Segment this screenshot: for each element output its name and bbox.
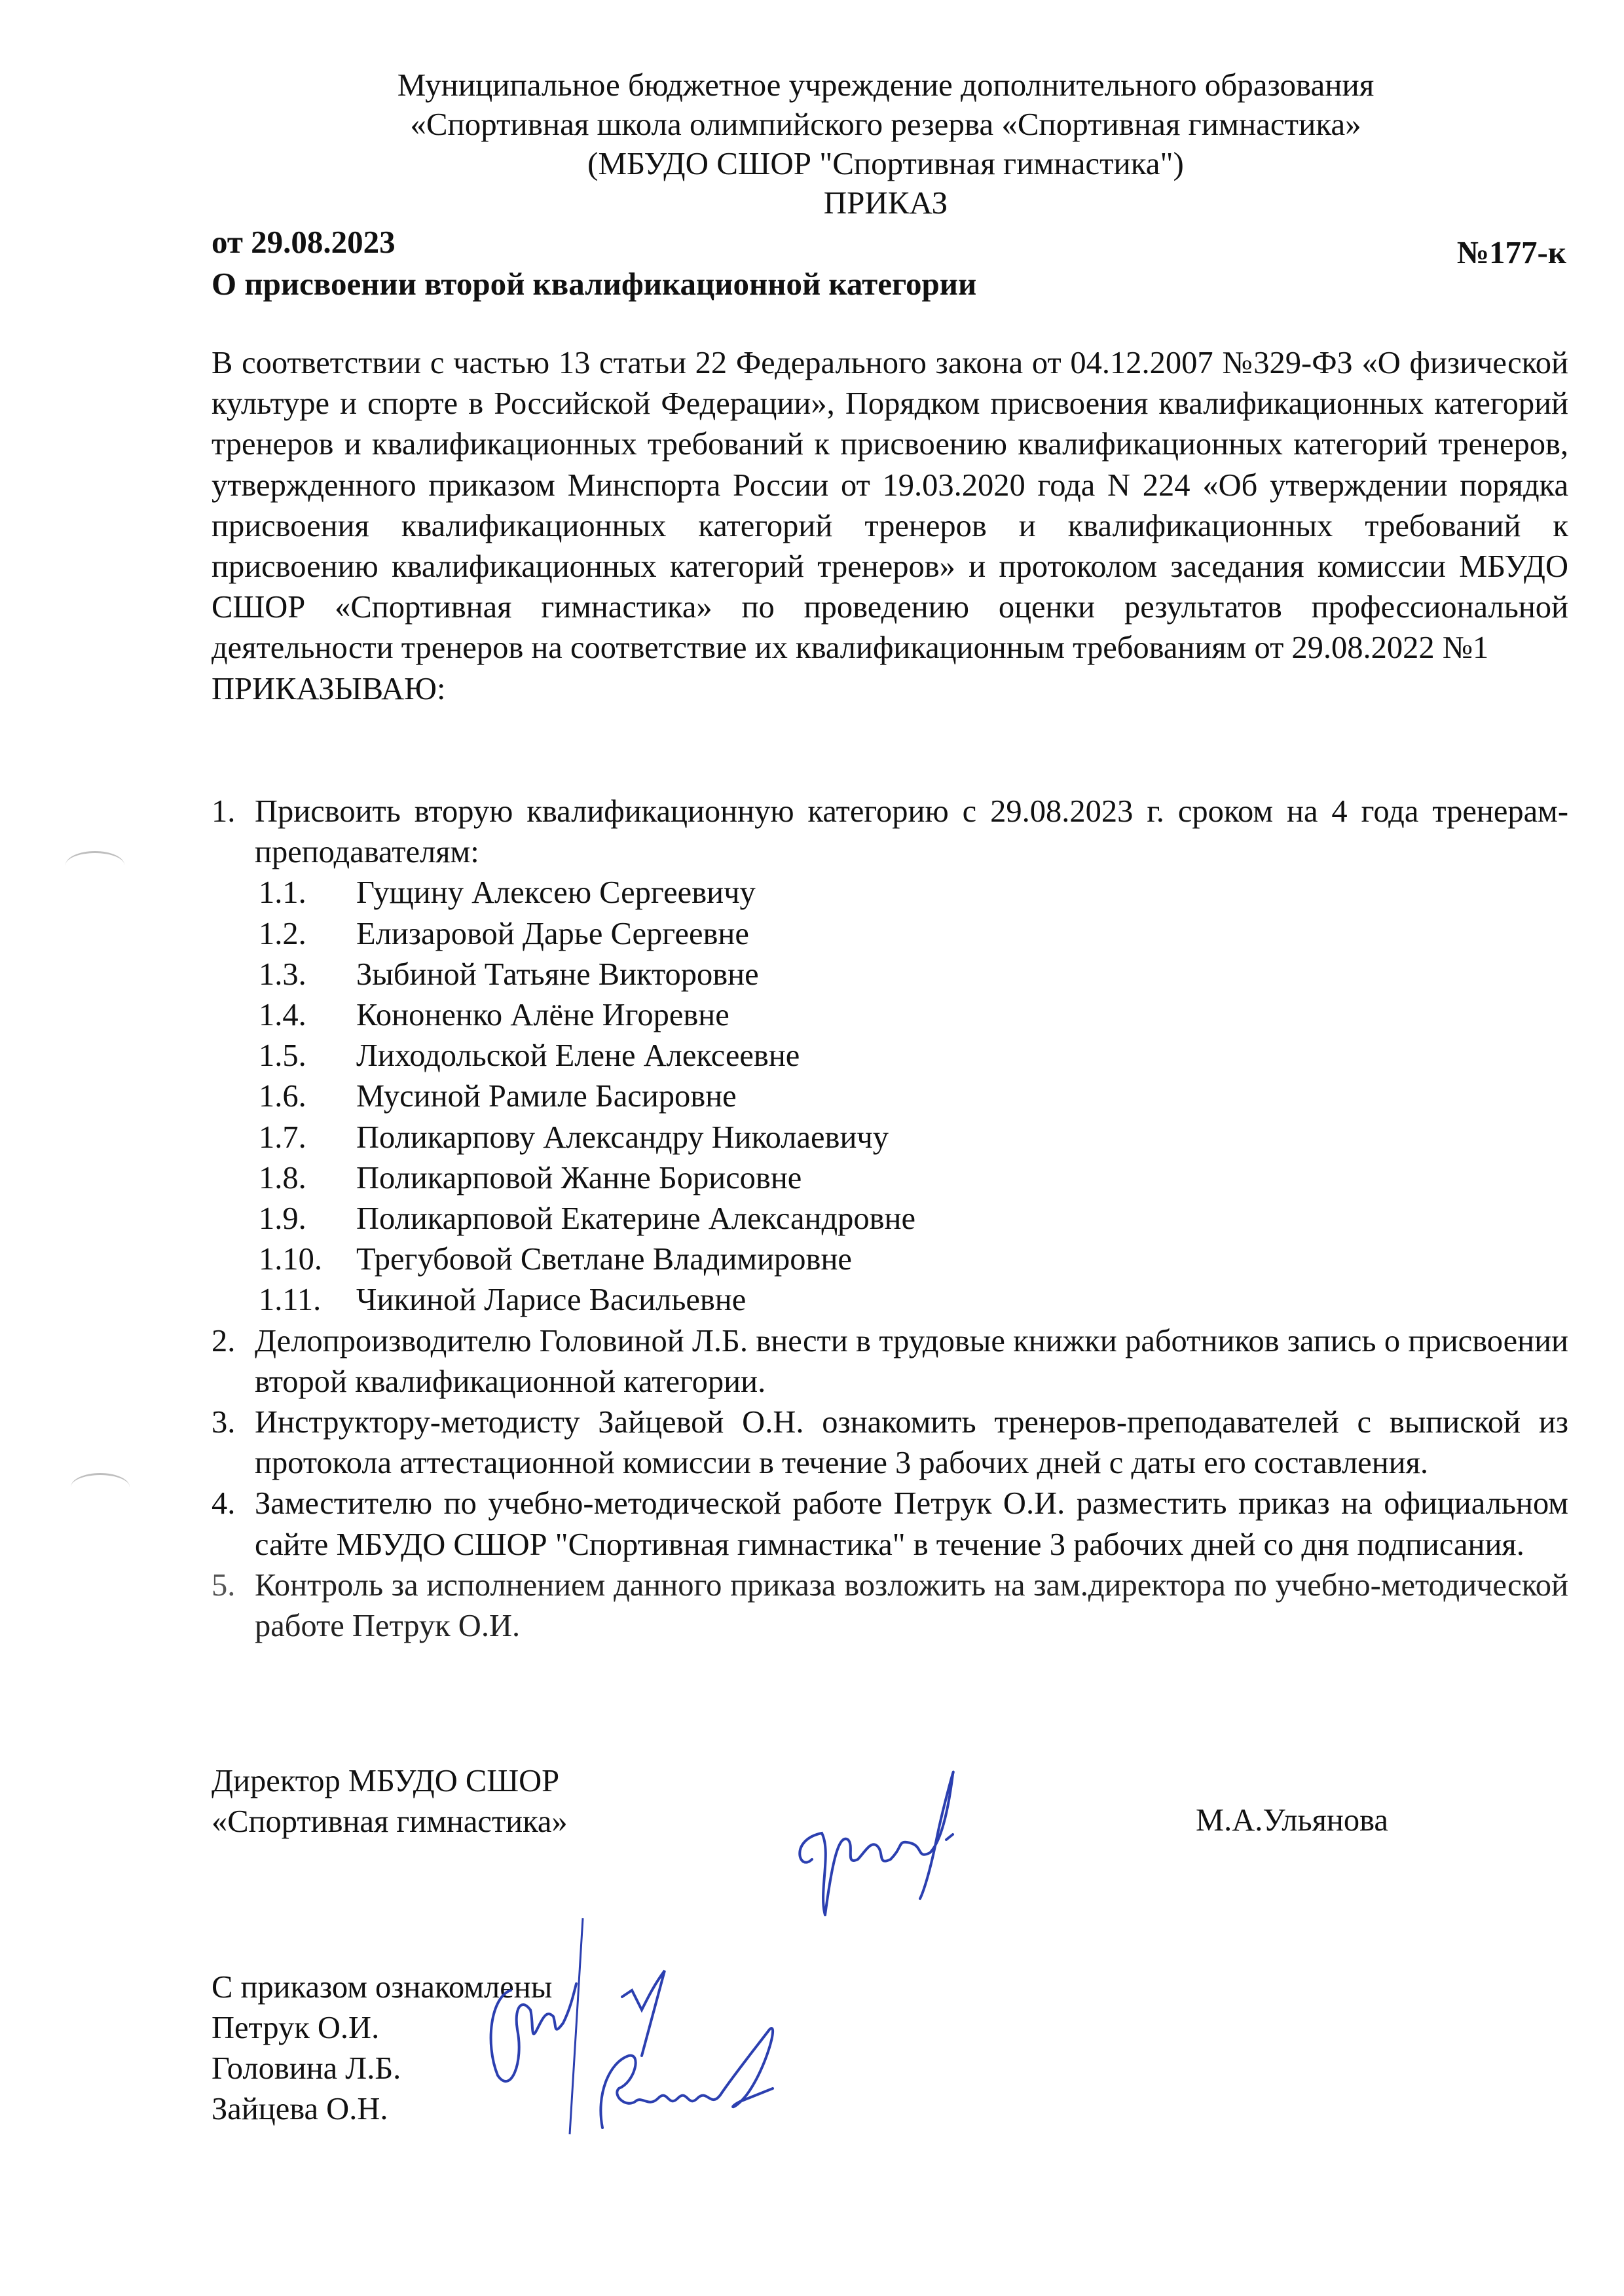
trainer-list-item: 1.11.Чикиной Ларисе Васильевне bbox=[212, 1280, 1568, 1321]
hole-punch-mark bbox=[71, 1473, 130, 1501]
order-item-4: 4. Заместителю по учебно-методической ра… bbox=[212, 1484, 1568, 1565]
trainer-list-item: 1.2.Елизаровой Дарье Сергеевне bbox=[212, 914, 1568, 955]
trainer-name: Трегубовой Светлане Владимировне bbox=[356, 1242, 852, 1277]
trainer-list-item: 1.9.Поликарповой Екатерине Александровне bbox=[212, 1199, 1568, 1239]
order-item-2: 2. Делопроизводителю Головиной Л.Б. внес… bbox=[212, 1321, 1568, 1402]
order-date: от 29.08.2023 bbox=[212, 223, 396, 262]
item-number: 5. bbox=[212, 1565, 235, 1606]
trainer-name: Елизаровой Дарье Сергеевне bbox=[356, 917, 749, 951]
preamble: В соответствии с частью 13 статьи 22 Фед… bbox=[212, 343, 1568, 710]
trainer-number: 1.5. bbox=[259, 1036, 306, 1076]
item-text: Контроль за исполнением данного приказа … bbox=[255, 1568, 1568, 1643]
order-item-1: 1. Присвоить вторую квалификационную кат… bbox=[212, 792, 1568, 873]
trainer-list-item: 1.7.Поликарпову Александру Николаевичу bbox=[212, 1118, 1568, 1158]
trainer-number: 1.3. bbox=[259, 955, 306, 995]
item-number: 4. bbox=[212, 1484, 235, 1524]
item-text: Инструктору-методисту Зайцевой О.Н. озна… bbox=[255, 1405, 1568, 1480]
org-name-line3: (МБУДО СШОР "Спортивная гимнастика") bbox=[0, 144, 1624, 183]
trainer-name: Гущину Алексею Сергеевичу bbox=[356, 875, 756, 910]
trainer-number: 1.10. bbox=[259, 1239, 322, 1280]
trainer-number: 1.9. bbox=[259, 1199, 306, 1239]
director-signature-icon bbox=[786, 1761, 1008, 1918]
document-page: Муниципальное бюджетное учреждение допол… bbox=[0, 0, 1624, 2296]
item-text: Делопроизводителю Головиной Л.Б. внести … bbox=[255, 1324, 1568, 1399]
trainer-number: 1.8. bbox=[259, 1158, 306, 1199]
trainer-list-item: 1.3.Зыбиной Татьяне Викторовне bbox=[212, 955, 1568, 995]
order-title: О присвоении второй квалификационной кат… bbox=[212, 264, 976, 304]
trainer-list-item: 1.1.Гущину Алексею Сергеевичу bbox=[212, 873, 1568, 913]
trainer-name: Мусиной Рамиле Басировне bbox=[356, 1079, 737, 1114]
director-name: М.А.Ульянова bbox=[1196, 1800, 1388, 1841]
org-name-line1: Муниципальное бюджетное учреждение допол… bbox=[0, 65, 1624, 105]
item-number: 1. bbox=[212, 792, 235, 832]
signatory-position-line1: Директор МБУДО СШОР bbox=[212, 1761, 568, 1802]
item-number: 2. bbox=[212, 1321, 235, 1362]
order-number: №177-к bbox=[1457, 233, 1566, 272]
trainer-name: Поликарпову Александру Николаевичу bbox=[356, 1120, 889, 1155]
order-item-5: 5. Контроль за исполнением данного прика… bbox=[212, 1565, 1568, 1647]
acknowledgement-signatures-icon bbox=[471, 1912, 786, 2147]
signatory-position-line2: «Спортивная гимнастика» bbox=[212, 1802, 568, 1842]
doc-type-heading: ПРИКАЗ bbox=[0, 183, 1624, 223]
org-name-line2: «Спортивная школа олимпийского резерва «… bbox=[0, 105, 1624, 144]
order-items: 1. Присвоить вторую квалификационную кат… bbox=[212, 792, 1568, 1647]
trainer-number: 1.1. bbox=[259, 873, 306, 913]
trainer-number: 1.4. bbox=[259, 995, 306, 1036]
trainer-name: Чикиной Ларисе Васильевне bbox=[356, 1283, 746, 1317]
trainer-list-item: 1.5.Лиходольской Елене Алексеевне bbox=[212, 1036, 1568, 1076]
trainer-name: Лиходольской Елене Алексеевне bbox=[356, 1038, 800, 1073]
trainer-list-item: 1.8.Поликарповой Жанне Борисовне bbox=[212, 1158, 1568, 1199]
item-text: Заместителю по учебно-методической работ… bbox=[255, 1486, 1568, 1561]
trainer-name: Поликарповой Жанне Борисовне bbox=[356, 1161, 802, 1195]
signatory-position: Директор МБУДО СШОР «Спортивная гимнасти… bbox=[212, 1761, 568, 1842]
trainer-name: Кононенко Алёне Игоревне bbox=[356, 998, 729, 1032]
trainer-name: Поликарповой Екатерине Александровне bbox=[356, 1201, 915, 1236]
trainer-list-item: 1.6.Мусиной Рамиле Басировне bbox=[212, 1076, 1568, 1117]
trainer-name: Зыбиной Татьяне Викторовне bbox=[356, 957, 759, 992]
hole-punch-mark bbox=[65, 851, 124, 879]
trainer-number: 1.6. bbox=[259, 1076, 306, 1117]
trainer-number: 1.11. bbox=[259, 1280, 321, 1321]
order-word: ПРИКАЗЫВАЮ: bbox=[212, 672, 445, 706]
order-item-3: 3. Инструктору-методисту Зайцевой О.Н. о… bbox=[212, 1402, 1568, 1484]
trainer-number: 1.2. bbox=[259, 914, 306, 955]
preamble-text: В соответствии с частью 13 статьи 22 Фед… bbox=[212, 346, 1568, 665]
trainer-list-item: 1.10.Трегубовой Светлане Владимировне bbox=[212, 1239, 1568, 1280]
trainer-number: 1.7. bbox=[259, 1118, 306, 1158]
trainer-list-item: 1.4.Кононенко Алёне Игоревне bbox=[212, 995, 1568, 1036]
item-number: 3. bbox=[212, 1402, 235, 1443]
item-text: Присвоить вторую квалификационную катего… bbox=[255, 794, 1568, 869]
